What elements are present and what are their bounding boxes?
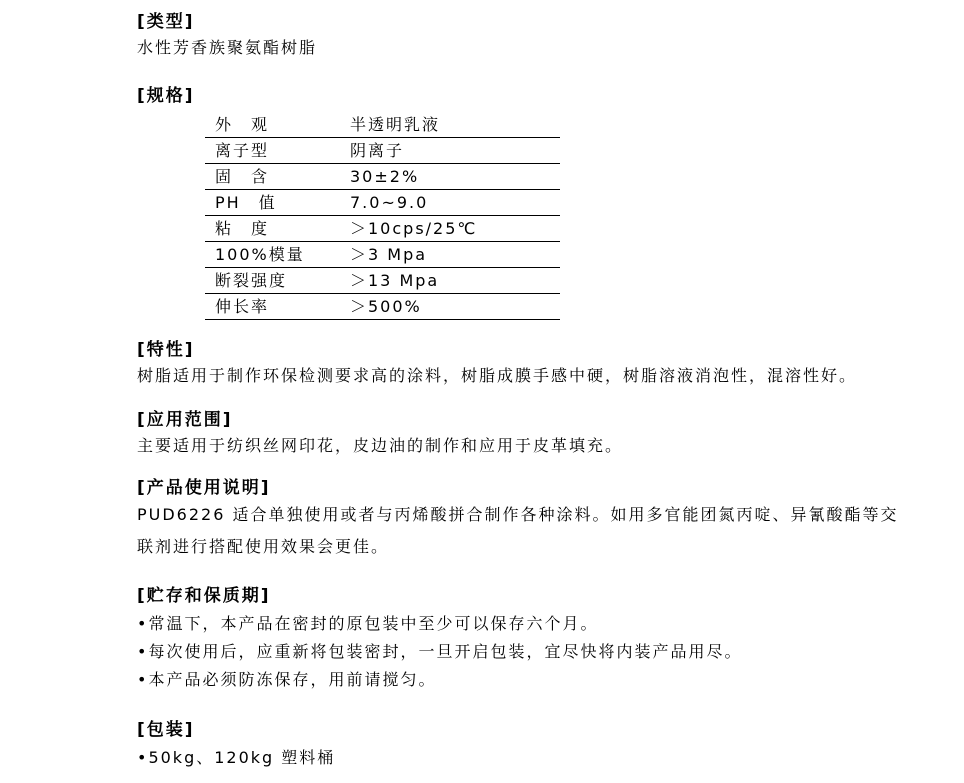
spec-row: PH 值 7.0~9.0 <box>205 190 560 216</box>
section-storage: [贮存和保质期] •常温下，本产品在密封的原包装中至少可以保存六个月。 •每次使… <box>137 586 924 694</box>
feature-body: 树脂适用于制作环保检测要求高的涂料，树脂成膜手感中硬，树脂溶液消泡性，混溶性好。 <box>137 365 924 386</box>
packaging-bullet-list: •50kg、120kg 塑料桶 <box>137 744 924 772</box>
storage-bullet: •本产品必须防冻保存，用前请搅匀。 <box>137 666 924 694</box>
storage-heading: [贮存和保质期] <box>137 586 924 606</box>
section-application: [应用范围] 主要适用于纺织丝网印花，皮边油的制作和应用于皮革填充。 <box>137 410 924 456</box>
spec-value: 30±2% <box>350 164 560 190</box>
packaging-heading: [包装] <box>137 720 924 740</box>
spec-value: ＞3 Mpa <box>350 242 560 268</box>
spec-row: 100%模量 ＞3 Mpa <box>205 242 560 268</box>
type-heading: [类型] <box>137 12 924 32</box>
usage-line: 联剂进行搭配使用效果会更佳。 <box>137 532 924 562</box>
usage-heading: [产品使用说明] <box>137 478 924 498</box>
spec-value: 阴离子 <box>350 138 560 164</box>
spec-label: 粘 度 <box>205 216 350 242</box>
type-body: 水性芳香族聚氨酯树脂 <box>137 37 924 58</box>
datasheet-page: [类型] 水性芳香族聚氨酯树脂 [规格] 外 观 半透明乳液 离子型 阴离子 固… <box>0 0 964 783</box>
spec-row: 离子型 阴离子 <box>205 138 560 164</box>
spec-label: 固 含 <box>205 164 350 190</box>
spec-value: ＞13 Mpa <box>350 268 560 294</box>
section-type: [类型] 水性芳香族聚氨酯树脂 <box>137 12 924 58</box>
section-packaging: [包装] •50kg、120kg 塑料桶 <box>137 720 924 772</box>
storage-bullet: •每次使用后，应重新将包装密封，一旦开启包装，宜尽快将内装产品用尽。 <box>137 638 924 666</box>
storage-bullet-list: •常温下，本产品在密封的原包装中至少可以保存六个月。 •每次使用后，应重新将包装… <box>137 610 924 694</box>
feature-heading: [特性] <box>137 340 924 360</box>
storage-bullet: •常温下，本产品在密封的原包装中至少可以保存六个月。 <box>137 610 924 638</box>
spec-value: 半透明乳液 <box>350 112 560 138</box>
section-usage: [产品使用说明] PUD6226 适合单独使用或者与丙烯酸拼合制作各种涂料。如用… <box>137 478 924 562</box>
spec-row: 固 含 30±2% <box>205 164 560 190</box>
spec-value: 7.0~9.0 <box>350 190 560 216</box>
packaging-bullet: •50kg、120kg 塑料桶 <box>137 744 924 772</box>
spec-value: ＞10cps/25℃ <box>350 216 560 242</box>
spec-label: 离子型 <box>205 138 350 164</box>
application-body: 主要适用于纺织丝网印花，皮边油的制作和应用于皮革填充。 <box>137 435 924 456</box>
spec-row: 外 观 半透明乳液 <box>205 112 560 138</box>
spec-heading: [规格] <box>137 86 924 106</box>
spec-label: 100%模量 <box>205 242 350 268</box>
spec-value: ＞500% <box>350 294 560 320</box>
spec-row: 粘 度 ＞10cps/25℃ <box>205 216 560 242</box>
spec-label: PH 值 <box>205 190 350 216</box>
spec-row: 伸长率 ＞500% <box>205 294 560 320</box>
spec-label: 外 观 <box>205 112 350 138</box>
spec-label: 伸长率 <box>205 294 350 320</box>
spec-table: 外 观 半透明乳液 离子型 阴离子 固 含 30±2% PH 值 7.0~9.0… <box>205 112 560 320</box>
spec-row: 断裂强度 ＞13 Mpa <box>205 268 560 294</box>
usage-line: PUD6226 适合单独使用或者与丙烯酸拼合制作各种涂料。如用多官能团氮丙啶、异… <box>137 500 924 530</box>
section-feature: [特性] 树脂适用于制作环保检测要求高的涂料，树脂成膜手感中硬，树脂溶液消泡性，… <box>137 340 924 386</box>
section-spec: [规格] 外 观 半透明乳液 离子型 阴离子 固 含 30±2% PH 值 7.… <box>137 86 924 320</box>
application-heading: [应用范围] <box>137 410 924 430</box>
spec-label: 断裂强度 <box>205 268 350 294</box>
